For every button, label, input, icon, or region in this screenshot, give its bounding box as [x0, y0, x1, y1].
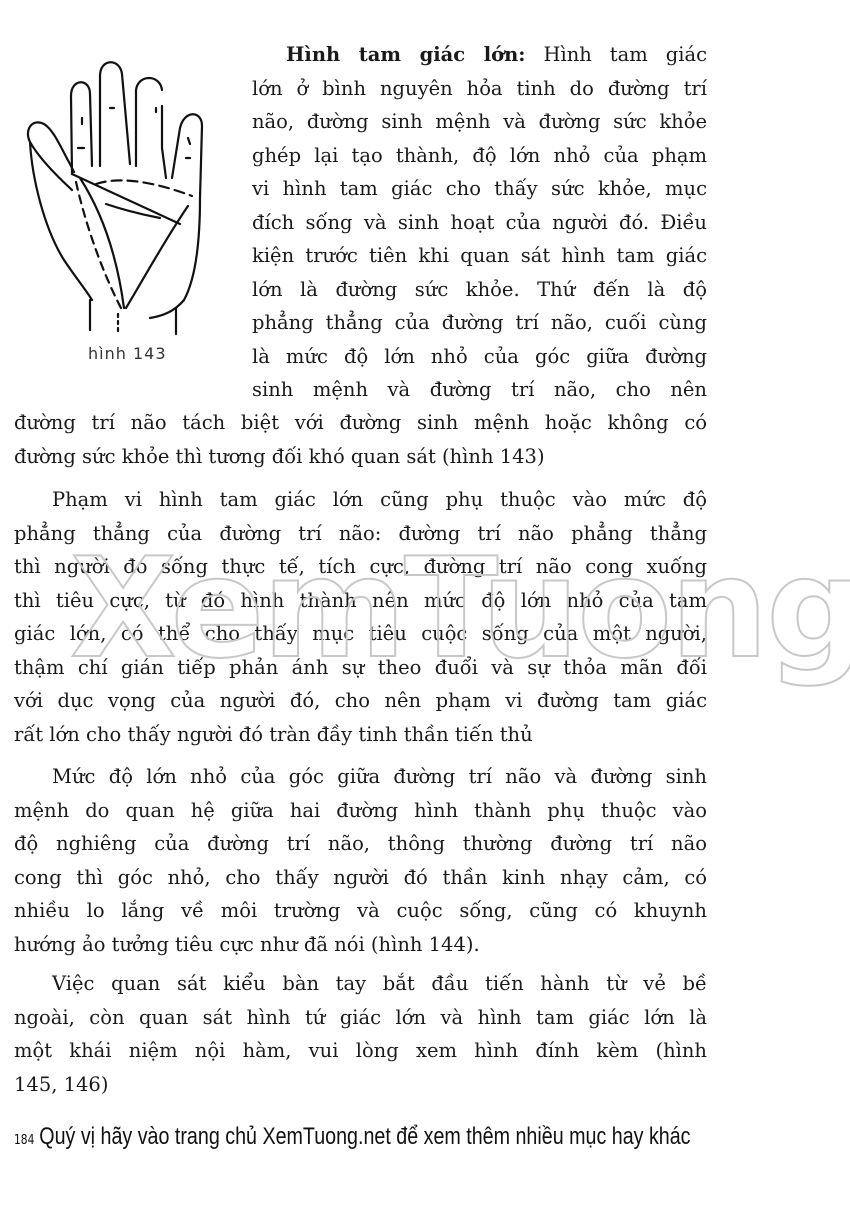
figure-caption: hình 143: [88, 344, 167, 363]
intro-line: phẳng thẳng của đường trí não, cuối cùng: [252, 306, 707, 340]
section-heading: Hình tam giác lớn:: [286, 43, 526, 66]
paragraph-line: mệnh do quan hệ giữa hai đường hình thàn…: [14, 794, 707, 828]
intro-cont-line: đường trí não tách biệt với đường sinh m…: [14, 406, 707, 440]
paragraph-line: ngoài, còn quan sát hình tứ giác lớn và …: [14, 1001, 707, 1035]
palm-hand-icon: [14, 38, 236, 348]
footer-banner: 184Quý vị hãy vào trang chủ XemTuong.net…: [14, 1123, 691, 1151]
intro-line: sinh mệnh và đường trí não, cho nên: [252, 373, 707, 407]
paragraph-line: thậm chí gián tiếp phản ánh sự theo đuổi…: [14, 651, 707, 685]
paragraph-line: với dục vọng của người đó, cho nên phạm …: [14, 684, 707, 718]
footer-link-text[interactable]: Quý vị hãy vào trang chủ XemTuong.net để…: [39, 1123, 690, 1150]
book-page: hình 143 Hình tam giác lớn: Hình tam giá…: [0, 0, 850, 1205]
paragraph-line: Mức độ lớn nhỏ của góc giữa đường trí nã…: [14, 760, 707, 794]
paragraph-line: Phạm vi hình tam giác lớn cũng phụ thuộc…: [14, 483, 707, 517]
paragraph-line: độ nghiêng của đường trí não, thông thườ…: [14, 827, 707, 861]
paragraph-line: thì người đó sống thực tế, tích cực, đườ…: [14, 550, 707, 584]
intro-line: lớn ở bình nguyên hỏa tinh do đường trí: [252, 72, 707, 106]
paragraph-line: Việc quan sát kiểu bàn tay bắt đầu tiến …: [14, 967, 707, 1001]
intro-line: não, đường sinh mệnh và đường sức khỏe: [252, 105, 707, 139]
page-number: 184: [14, 1133, 34, 1148]
intro-cont-line: đường sức khỏe thì tương đối khó quan sá…: [14, 440, 707, 474]
paragraph-line: 145, 146): [14, 1068, 707, 1102]
palm-figure: hình 143: [14, 38, 236, 378]
intro-line: ghép lại tạo thành, độ lớn nhỏ của phạm: [252, 139, 707, 173]
paragraph-line: nhiều lo lắng về môi trường và cuộc sống…: [14, 894, 707, 928]
paragraph-line: giác lớn, có thể cho thấy mục tiêu cuộc …: [14, 617, 707, 651]
paragraph-2: Mức độ lớn nhỏ của góc giữa đường trí nã…: [14, 760, 707, 961]
paragraph-line: thì tiêu cực, từ đó hình thành nên mức đ…: [14, 584, 707, 618]
intro-line: kiện trước tiên khi quan sát hình tam gi…: [252, 239, 707, 273]
paragraph-1: Phạm vi hình tam giác lớn cũng phụ thuộc…: [14, 483, 707, 751]
paragraph-line: hướng ảo tưởng tiêu cực như đã nói (hình…: [14, 928, 707, 962]
intro-continuation: đường trí não tách biệt với đường sinh m…: [14, 406, 707, 473]
paragraph-line: rất lớn cho thấy người đó tràn đầy tinh …: [14, 718, 707, 752]
intro-paragraph: Hình tam giác lớn: Hình tam giác lớn ở b…: [252, 38, 707, 407]
intro-line: đích sống và sinh hoạt của người đó. Điề…: [252, 206, 707, 240]
intro-line: là mức độ lớn nhỏ của góc giữa đường: [252, 340, 707, 374]
intro-line: lớn là đường sức khỏe. Thứ đến là độ: [252, 273, 707, 307]
paragraph-line: cong thì góc nhỏ, cho thấy người đó thần…: [14, 861, 707, 895]
paragraph-3: Việc quan sát kiểu bàn tay bắt đầu tiến …: [14, 967, 707, 1101]
paragraph-line: một khái niệm nội hàm, vui lòng xem hình…: [14, 1034, 707, 1068]
paragraph-line: phẳng thẳng của đường trí não: đường trí…: [14, 517, 707, 551]
intro-line-0: Hình tam giác lớn: Hình tam giác: [252, 38, 707, 72]
intro-line: vi hình tam giác cho thấy sức khỏe, mục: [252, 172, 707, 206]
